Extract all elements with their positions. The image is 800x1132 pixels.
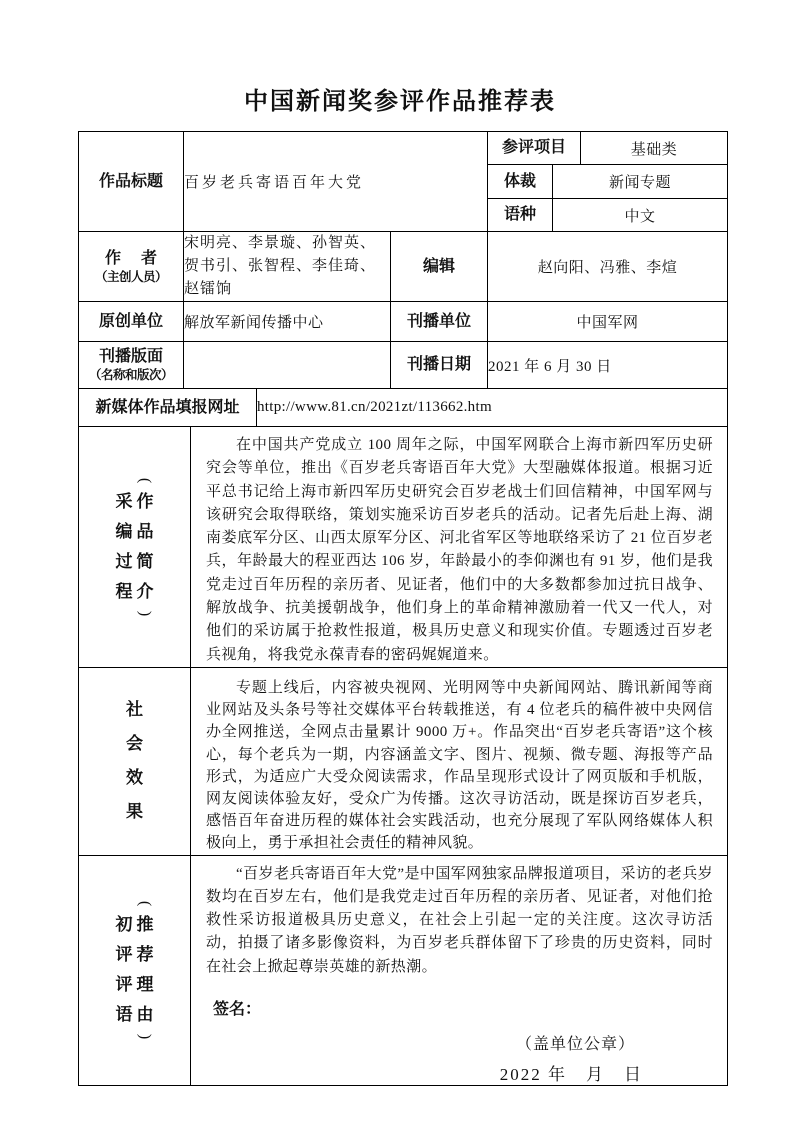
review-label-main: 初评评语 [114,910,134,1030]
genre-value: 新闻专题 [553,165,728,199]
row-intro: 采编过程 (作品简介) 在中国共产党成立 100 周年之际，中国军网联合上海市新… [79,427,728,668]
document-page: 中国新闻奖参评作品推荐表 作品标题 百岁老兵寄语百年大党 参评项目 基础类 体裁… [0,0,800,1132]
review-cell: “百岁老兵寄语百年大党”是中国军网独家品牌报道项目，采访的老兵岁数均在百岁左右，… [191,855,728,1085]
publish-page-label-main: 刊播版面 [99,348,163,365]
publish-date-label: 刊播日期 [391,342,488,389]
new-media-url-label: 新媒体作品填报网址 [79,389,257,427]
page-title: 中国新闻奖参评作品推荐表 [0,88,800,116]
review-text: “百岁老兵寄语百年大党”是中国军网独家品牌报道项目，采访的老兵岁数均在百岁左右，… [191,856,727,979]
intro-label-main: 采编过程 [114,487,134,607]
original-unit-value: 解放军新闻传播中心 [184,302,391,342]
publish-page-value [184,342,391,389]
row-work-title: 作品标题 百岁老兵寄语百年大党 参评项目 基础类 [79,132,728,165]
social-effect-text: 专题上线后，内容被央视网、光明网等中央新闻网站、腾讯新闻等商业网站及头条号等社交… [191,668,727,855]
publish-date-value: 2021 年 6 月 30 日 [488,342,728,389]
row-authors: 作 者 （主创人员） 宋明亮、李景璇、孙智英、贺书引、张智程、李佳琦、赵镭饷 编… [79,232,728,302]
social-effect-cell: 专题上线后，内容被央视网、光明网等中央新闻网站、腾讯新闻等商业网站及头条号等社交… [191,667,728,855]
publish-page-label-sub: （名称和版次） [79,367,183,383]
authors-label-main: 作 者 [79,249,183,269]
intro-cell: 在中国共产党成立 100 周年之际，中国军网联合上海市新四军历史研究会等单位，推… [191,427,728,668]
row-review: 初评评语 (推荐理由) “百岁老兵寄语百年大党”是中国军网独家品牌报道项目，采访… [79,855,728,1085]
publish-unit-value: 中国军网 [488,302,728,342]
social-effect-label: 社会效果 [79,667,191,855]
authors-label-sub: （主创人员） [79,269,183,285]
editor-label: 编辑 [391,232,488,302]
row-social-effect: 社会效果 专题上线后，内容被央视网、光明网等中央新闻网站、腾讯新闻等商业网站及头… [79,667,728,855]
recommendation-form-table: 作品标题 百岁老兵寄语百年大党 参评项目 基础类 体裁 新闻专题 语种 中文 作… [78,131,728,1086]
row-units: 原创单位 解放军新闻传播中心 刊播单位 中国军网 [79,302,728,342]
intro-text: 在中国共产党成立 100 周年之际，中国军网联合上海市新四军历史研究会等单位，推… [191,427,727,667]
date-line: 2022 年 月 日 [191,1060,727,1085]
row-new-media-url: 新媒体作品填报网址 http://www.81.cn/2021zt/113662… [79,389,728,427]
social-effect-label-chars: 社会效果 [125,693,145,829]
genre-label: 体裁 [488,165,553,199]
seal-note: （盖单位公章） [191,1031,727,1054]
signature-label: 签名： [191,996,727,1019]
work-title-value: 百岁老兵寄语百年大党 [184,132,488,232]
original-unit-label: 原创单位 [79,302,184,342]
editor-value: 赵向阳、冯雅、李煊 [488,232,728,302]
language-value: 中文 [553,199,728,232]
intro-label-bracketed: (作品简介) [135,474,155,620]
review-label: 初评评语 (推荐理由) [79,855,191,1085]
entry-category-value: 基础类 [581,132,728,165]
authors-value: 宋明亮、李景璇、孙智英、贺书引、张智程、李佳琦、赵镭饷 [184,232,391,302]
work-title-label: 作品标题 [79,132,184,232]
entry-category-label: 参评项目 [488,132,581,165]
review-label-bracketed: (推荐理由) [135,897,155,1043]
publish-page-label: 刊播版面 （名称和版次） [79,342,184,389]
language-label: 语种 [488,199,553,232]
new-media-url-value: http://www.81.cn/2021zt/113662.htm [257,389,728,427]
intro-label: 采编过程 (作品简介) [79,427,191,668]
row-publish-info: 刊播版面 （名称和版次） 刊播日期 2021 年 6 月 30 日 [79,342,728,389]
publish-unit-label: 刊播单位 [391,302,488,342]
authors-label: 作 者 （主创人员） [79,232,184,302]
